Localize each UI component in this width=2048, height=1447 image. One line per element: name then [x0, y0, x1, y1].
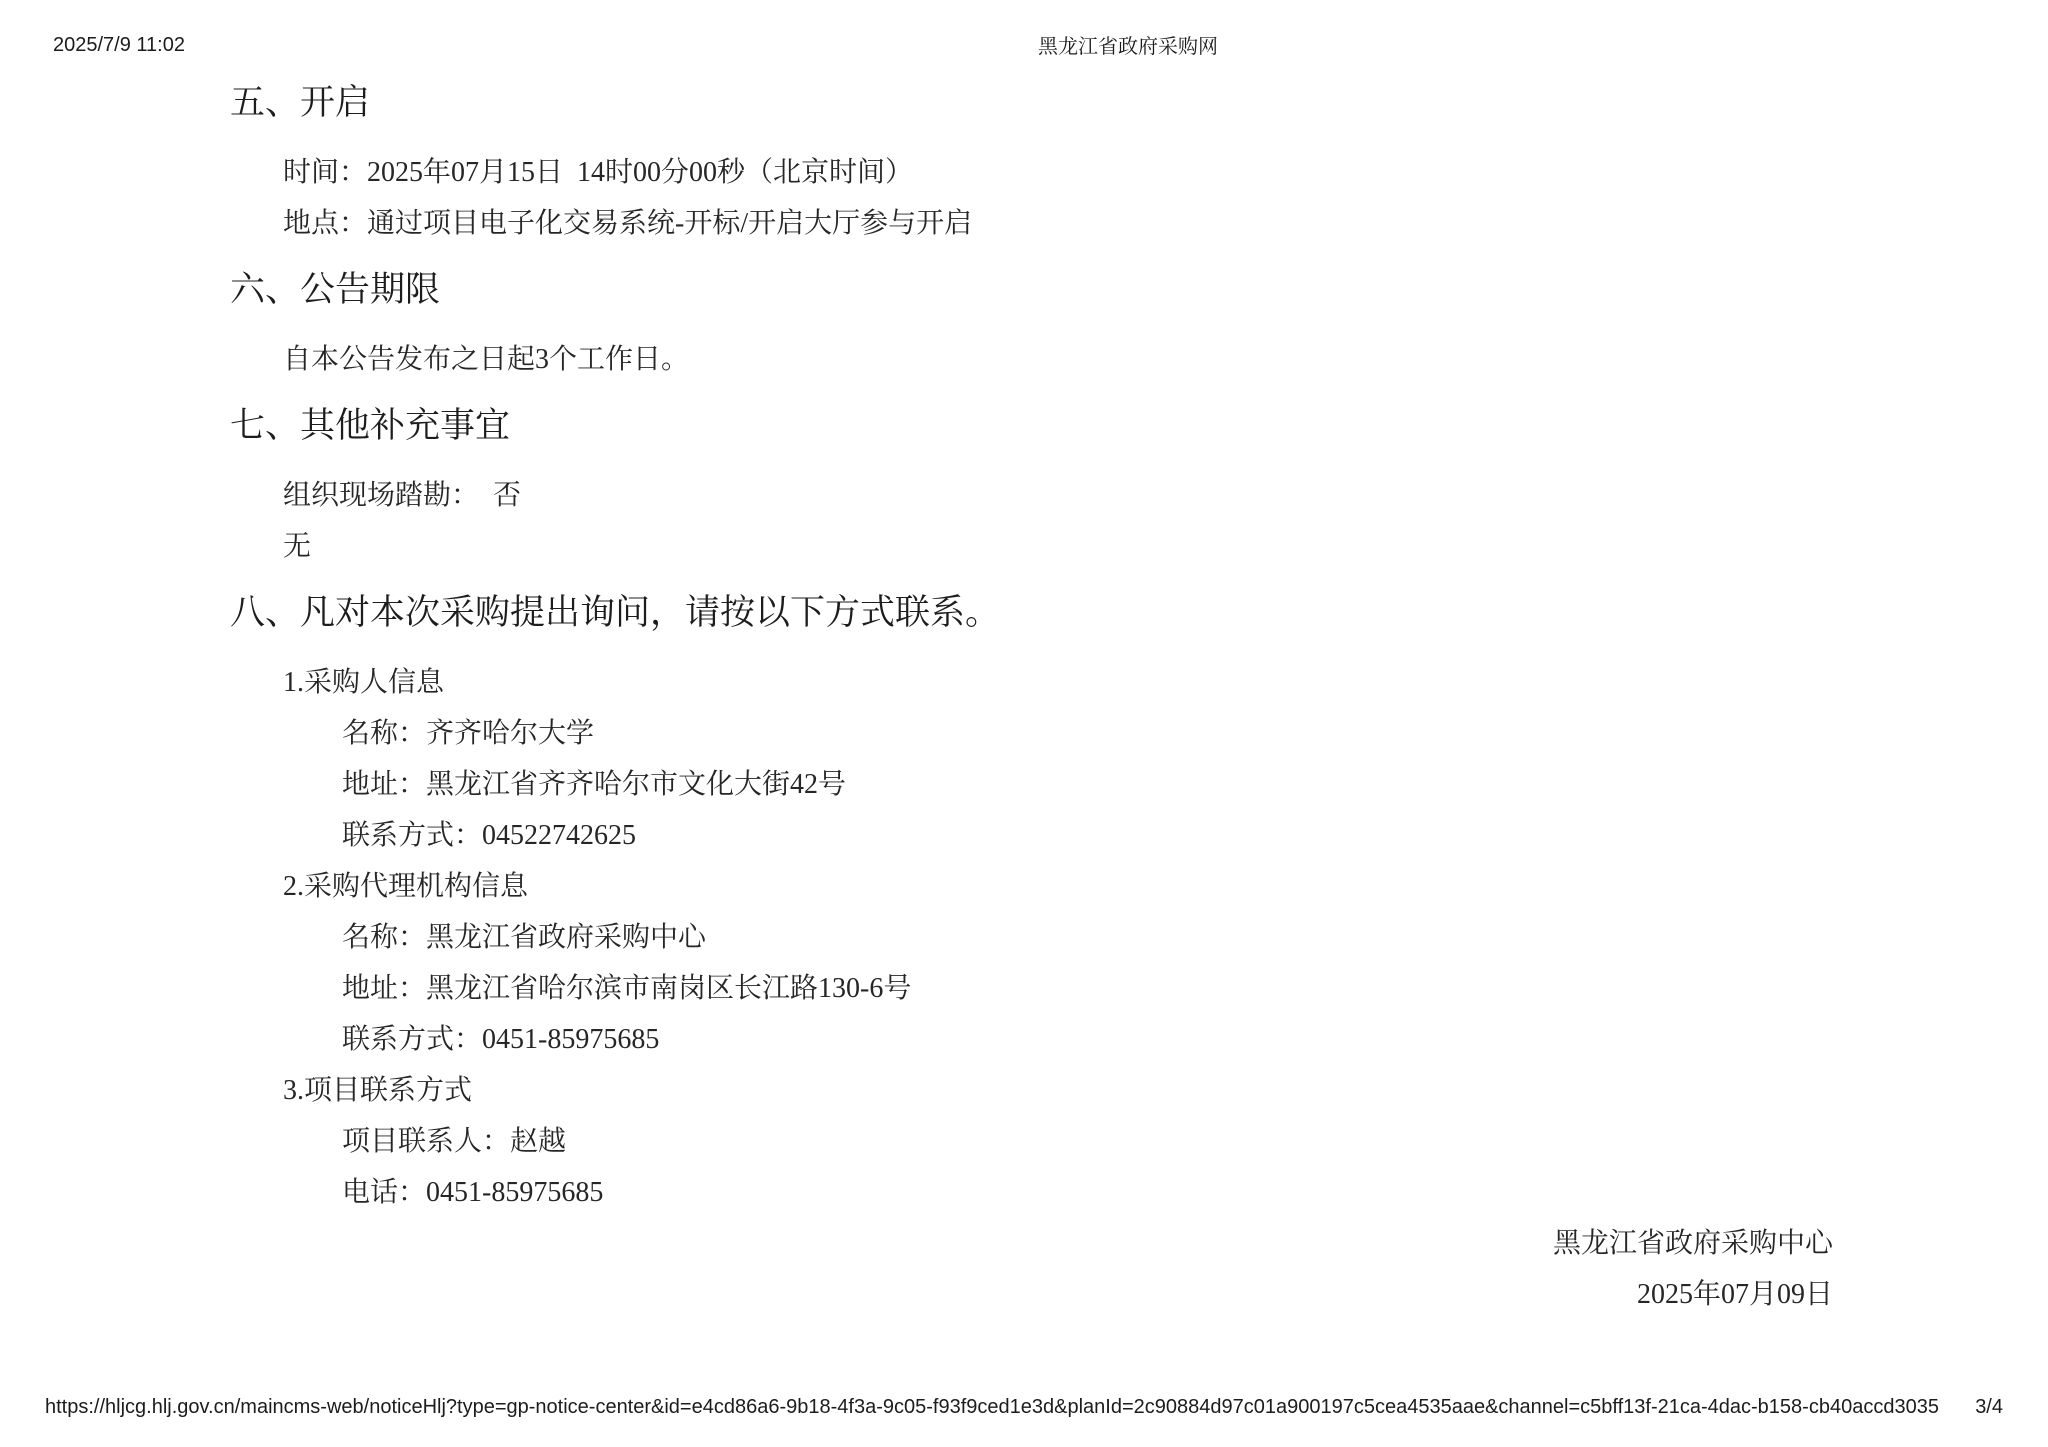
notice-document: 五、开启 时间：2025年07月15日 14时00分00秒（北京时间） 地点：通… [0, 0, 2048, 1320]
signature-org: 黑龙江省政府采购中心 [230, 1218, 1833, 1269]
open-section-heading: 五、开启 [230, 83, 1833, 123]
project-phone-line: 电话：0451-85975685 [230, 1167, 1833, 1218]
print-preview-page: 2025/7/9 11:02 黑龙江省政府采购网 五、开启 时间：2025年07… [0, 0, 2048, 1447]
none-line: 无 [230, 521, 1833, 572]
open-venue-line: 地点：通过项目电子化交易系统-开标/开启大厅参与开启 [230, 198, 1833, 249]
announcement-period-line: 自本公告发布之日起3个工作日。 [230, 334, 1833, 385]
announcement-period-heading: 六、公告期限 [230, 270, 1833, 310]
agency-contact-line: 联系方式：0451-85975685 [230, 1014, 1833, 1065]
print-footer-page-indicator: 3/4 [1975, 1395, 2003, 1419]
project-contact-title: 3.项目联系方式 [230, 1065, 1833, 1116]
contact-section-heading: 八、凡对本次采购提出询问，请按以下方式联系。 [230, 593, 1833, 633]
signature-block: 黑龙江省政府采购中心 2025年07月09日 [230, 1218, 1833, 1320]
supplement-section-heading: 七、其他补充事宜 [230, 406, 1833, 446]
agency-info-title: 2.采购代理机构信息 [230, 861, 1833, 912]
print-footer-source-url: https://hljcg.hlj.gov.cn/maincms-web/not… [45, 1395, 1939, 1419]
agency-address-line: 地址：黑龙江省哈尔滨市南岗区长江路130-6号 [230, 963, 1833, 1014]
signature-date: 2025年07月09日 [230, 1269, 1833, 1320]
purchaser-name-line: 名称：齐齐哈尔大学 [230, 708, 1833, 759]
project-contact-person-line: 项目联系人：赵越 [230, 1116, 1833, 1167]
purchaser-contact-line: 联系方式：04522742625 [230, 810, 1833, 861]
purchaser-address-line: 地址：黑龙江省齐齐哈尔市文化大街42号 [230, 759, 1833, 810]
purchaser-info-title: 1.采购人信息 [230, 657, 1833, 708]
site-survey-line: 组织现场踏勘： 否 [230, 470, 1833, 521]
open-time-line: 时间：2025年07月15日 14时00分00秒（北京时间） [230, 147, 1833, 198]
agency-name-line: 名称：黑龙江省政府采购中心 [230, 912, 1833, 963]
